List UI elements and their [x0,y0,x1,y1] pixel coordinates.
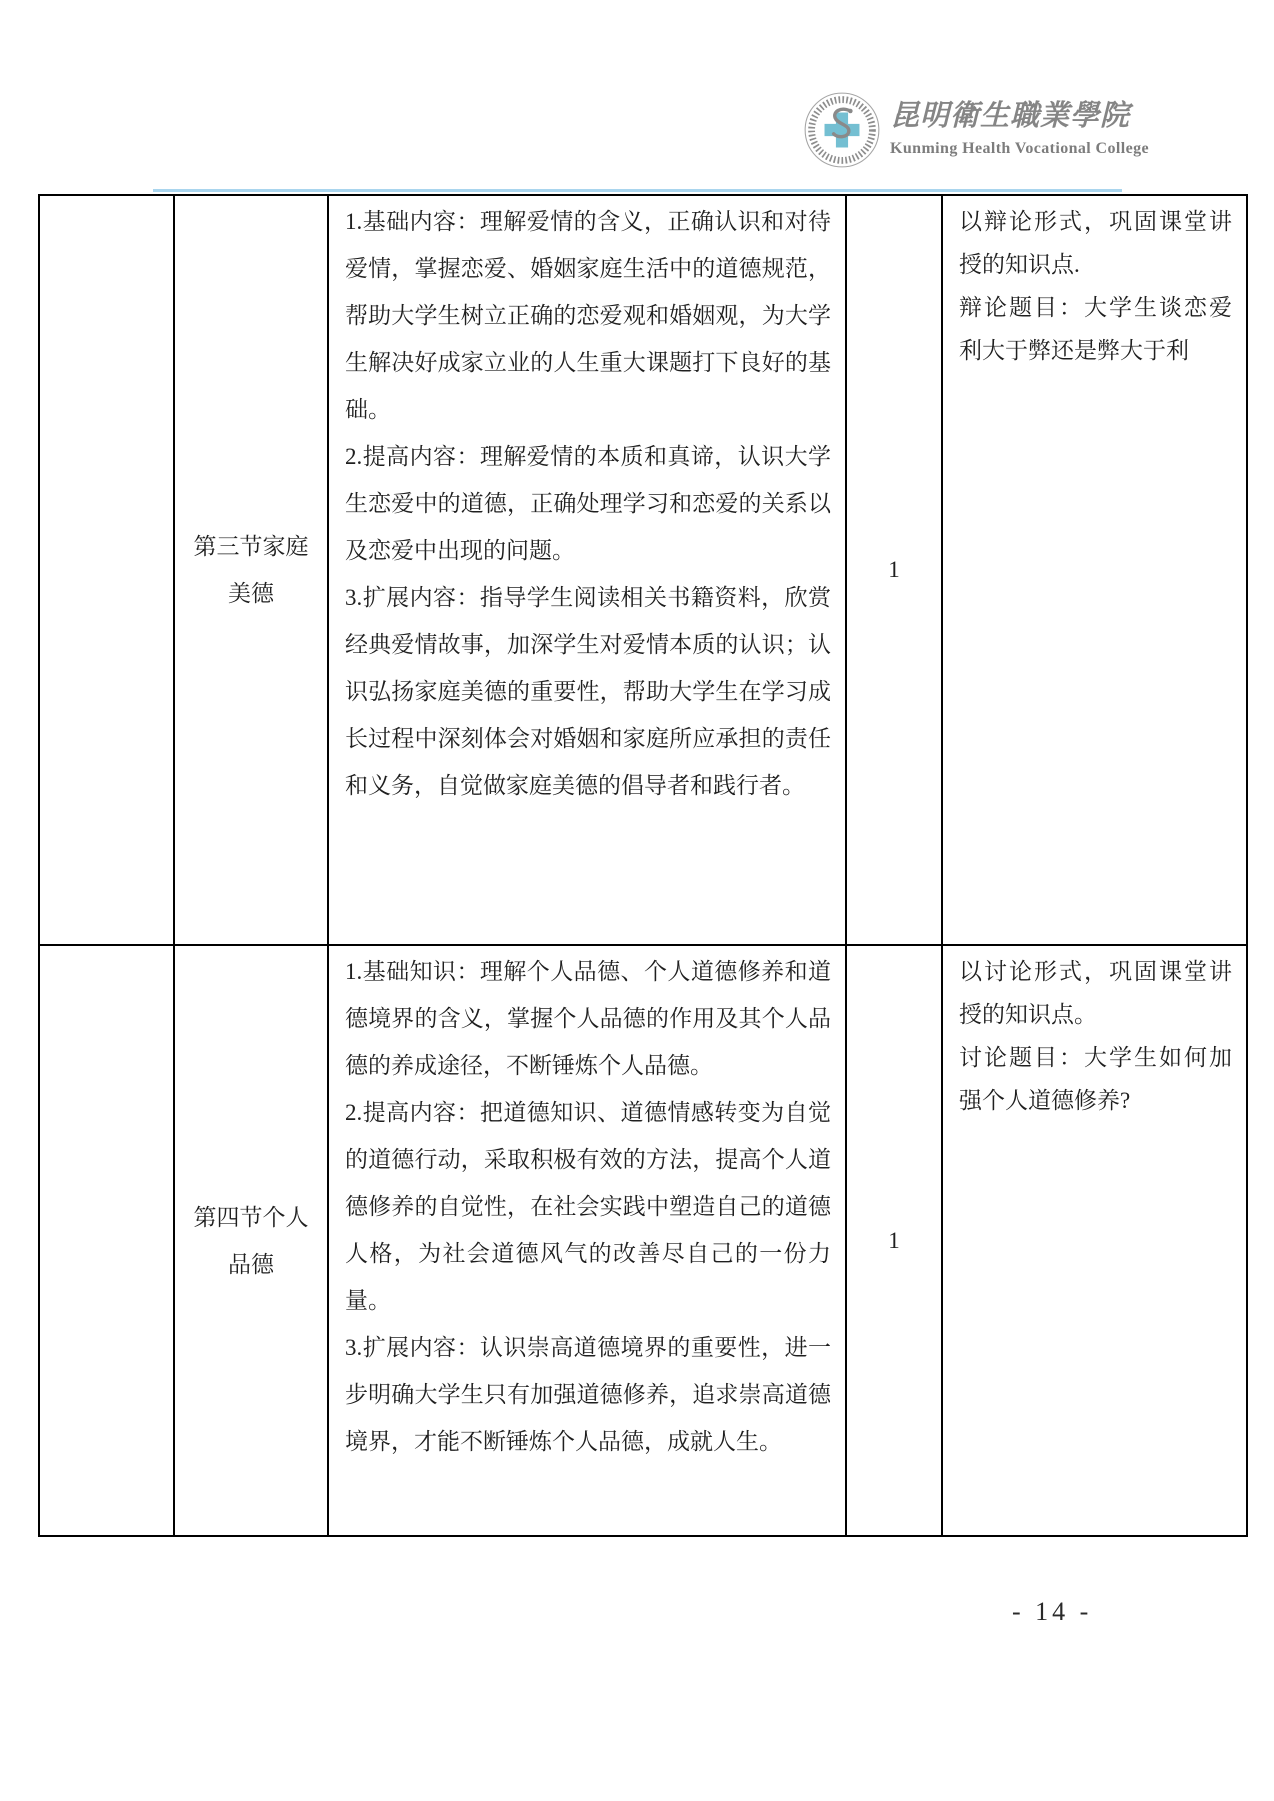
activity-cell: 以辩论形式，巩固课堂讲授的知识点. 辩论题目：大学生谈恋爱利大于弊还是弊大于利 [942,195,1247,945]
college-name-block: 昆明衛生職業學院 Kunming Health Vocational Colle… [890,92,1149,159]
document-page: 昆明衛生職業學院 Kunming Health Vocational Colle… [0,0,1274,1801]
section-title-line: 美德 [175,570,327,617]
activity-paragraph: 辩论题目：大学生谈恋爱利大于弊还是弊大于利 [959,286,1232,372]
section-title-line: 第三节家庭 [175,523,327,570]
activity-paragraph: 以讨论形式，巩固课堂讲授的知识点。 [959,950,1232,1036]
college-name-english: Kunming Health Vocational College [890,139,1149,159]
table-row-personal-morality: 第四节个人 品德 1.基础知识：理解个人品德、个人道德修养和道德境界的含义，掌握… [39,945,1247,1536]
page-number: - 14 - [1012,1597,1092,1627]
college-name-calligraphy: 昆明衛生職業學院 [890,96,1149,136]
content-paragraph: 3.扩展内容：认识崇高道德境界的重要性，进一步明确大学生只有加强道德修养，追求崇… [345,1324,831,1465]
syllabus-table: 第三节家庭 美德 1.基础内容：理解爱情的含义，正确认识和对待爱情，掌握恋爱、婚… [38,194,1248,1537]
activity-paragraph: 以辩论形式，巩固课堂讲授的知识点. [959,200,1232,286]
table-row-family-virtue: 第三节家庭 美德 1.基础内容：理解爱情的含义，正确认识和对待爱情，掌握恋爱、婚… [39,195,1247,945]
activity-cell: 以讨论形式，巩固课堂讲授的知识点。 讨论题目：大学生如何加强个人道德修养? [942,945,1247,1536]
hours-cell: 1 [846,195,942,945]
section-title-line: 品德 [175,1241,327,1288]
content-paragraph: 1.基础内容：理解爱情的含义，正确认识和对待爱情，掌握恋爱、婚姻家庭生活中的道德… [345,198,831,433]
chapter-cell-empty [39,945,174,1536]
content-paragraph: 2.提高内容：理解爱情的本质和真谛，认识大学生恋爱中的道德，正确处理学习和恋爱的… [345,433,831,574]
header-rule [153,189,1122,192]
content-paragraph: 1.基础知识：理解个人品德、个人道德修养和道德境界的含义，掌握个人品德的作用及其… [345,948,831,1089]
college-seal-icon [804,92,880,168]
section-title-cell: 第四节个人 品德 [174,945,328,1536]
content-paragraph: 3.扩展内容：指导学生阅读相关书籍资料，欣赏经典爱情故事，加深学生对爱情本质的认… [345,574,831,809]
teaching-content-cell: 1.基础内容：理解爱情的含义，正确认识和对待爱情，掌握恋爱、婚姻家庭生活中的道德… [328,195,846,945]
hours-cell: 1 [846,945,942,1536]
college-logo: 昆明衛生職業學院 Kunming Health Vocational Colle… [804,92,1149,168]
section-title-cell: 第三节家庭 美德 [174,195,328,945]
activity-paragraph: 讨论题目：大学生如何加强个人道德修养? [959,1036,1232,1122]
chapter-cell-empty [39,195,174,945]
section-title-line: 第四节个人 [175,1194,327,1241]
content-paragraph: 2.提高内容：把道德知识、道德情感转变为自觉的道德行动，采取积极有效的方法，提高… [345,1089,831,1324]
teaching-content-cell: 1.基础知识：理解个人品德、个人道德修养和道德境界的含义，掌握个人品德的作用及其… [328,945,846,1536]
